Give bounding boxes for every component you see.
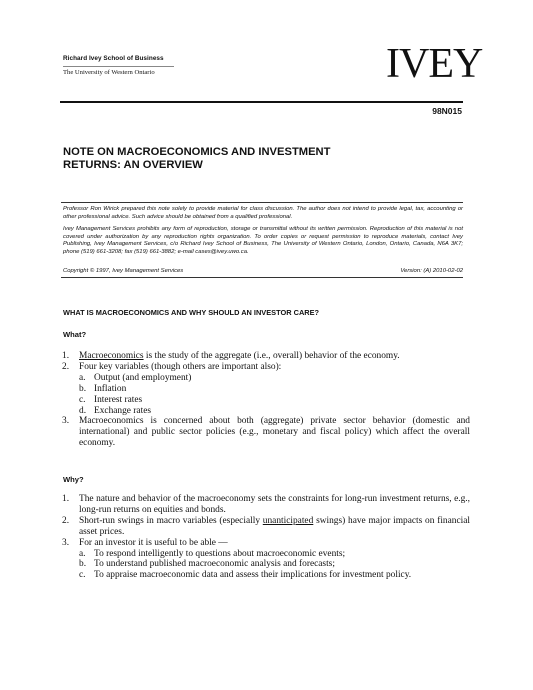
item-text: Macroeconomics is concerned about both (… [79,416,470,448]
sub-item: b.Inflation [79,384,470,395]
item-number: 2. [62,516,69,527]
sub-letter: c. [79,570,86,581]
why-heading: Why? [63,475,84,484]
sub-text: To appraise macroeconomic data and asses… [94,570,411,580]
unanticipated-term: unanticipated [263,516,314,526]
item-number: 3. [62,416,69,427]
list-item: 2. Four key variables (though others are… [62,362,470,417]
sub-item: b.To understand published macroeconomic … [79,559,470,570]
school-divider [63,66,174,67]
title-line-1: NOTE ON MACROECONOMICS AND INVESTMENT [63,146,483,159]
sub-letter: d. [79,406,86,417]
sub-letter: a. [79,373,86,384]
list-item: 1. Macroeconomics is the study of the ag… [62,351,470,362]
item-number: 2. [62,362,69,373]
ivey-logo: IVEY [386,40,482,88]
list-item: 3. Macroeconomics is concerned about bot… [62,416,470,449]
disclaimer-reproduction: Ivey Management Services prohibits any f… [63,226,463,256]
sub-text: Interest rates [94,395,142,405]
what-heading: What? [63,330,86,339]
title-line-2: RETURNS: AN OVERVIEW [63,159,483,172]
version-label: Version: (A) 2010-02-02 [400,268,463,274]
sub-letter: b. [79,384,86,395]
copyright-notice: Copyright © 1997, Ivey Management Servic… [63,268,183,274]
disclaimer-top-rule [61,202,463,203]
sub-letter: b. [79,559,86,570]
sub-letter: a. [79,549,86,560]
list-item: 2. Short-run swings in macro variables (… [62,516,470,538]
section-heading: WHAT IS MACROECONOMICS AND WHY SHOULD AN… [63,308,319,317]
sub-text: Inflation [94,384,126,394]
sub-item: c.To appraise macroeconomic data and ass… [79,570,470,581]
item-number: 1. [62,494,69,505]
item-text: is the study of the aggregate (i.e., ove… [144,351,400,361]
sub-item: d.Exchange rates [79,406,470,417]
sub-letter: c. [79,395,86,406]
macroeconomics-term: Macroeconomics [79,351,144,361]
document-title: NOTE ON MACROECONOMICS AND INVESTMENT RE… [63,146,483,172]
disclaimer-bottom-rule [61,277,463,278]
university-name: The University of Western Ontario [63,69,155,76]
item-number: 1. [62,351,69,362]
why-list: 1. The nature and behavior of the macroe… [62,494,470,581]
item-text: The nature and behavior of the macroecon… [79,494,470,515]
what-list: 1. Macroeconomics is the study of the ag… [62,351,470,449]
sub-item: a.Output (and employment) [79,373,470,384]
item-number: 3. [62,538,69,549]
school-name: Richard Ivey School of Business [63,55,164,62]
sub-text: To understand published macroeconomic an… [94,559,335,569]
sub-text: Output (and employment) [94,373,191,383]
disclaimer-author: Professor Ron Wirick prepared this note … [63,206,463,221]
list-item: 3. For an investor it is useful to be ab… [62,538,470,582]
header-rule [60,101,463,103]
case-number: 98N015 [432,106,462,116]
item-text-before: Short-run swings in macro variables (esp… [79,516,263,526]
sub-text: To respond intelligently to questions ab… [94,549,345,559]
sub-item: a.To respond intelligently to questions … [79,549,470,560]
item-text: For an investor it is useful to be able … [79,538,228,548]
sub-text: Exchange rates [94,406,151,416]
list-item: 1. The nature and behavior of the macroe… [62,494,470,516]
sub-item: c.Interest rates [79,395,470,406]
item-text: Four key variables (though others are im… [79,362,281,372]
